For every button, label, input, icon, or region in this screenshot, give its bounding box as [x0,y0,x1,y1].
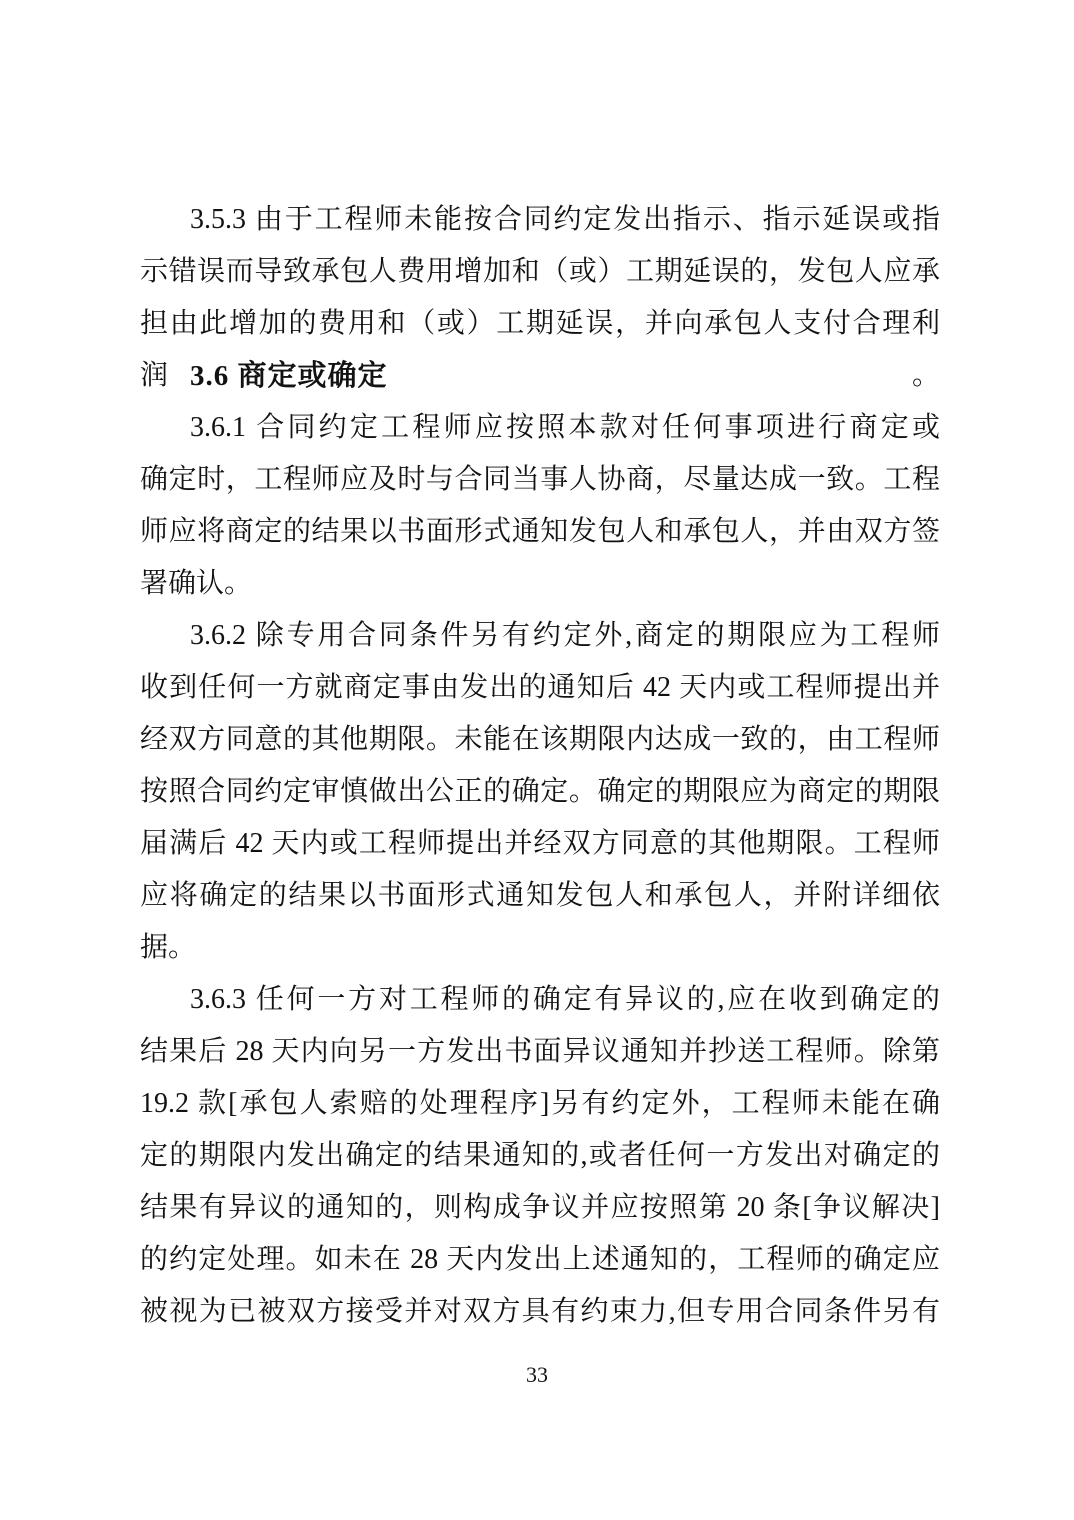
text-line: 定的期限内发出确定的结果通知的,或者任何一方发出对确定的 [140,1130,940,1182]
document-page: 3.5.3 由于工程师未能按合同约定发出指示、指示延误或指示错误而导致承包人费用… [0,0,1074,1520]
text-line: 收到任何一方就商定事由发出的通知后 42 天内或工程师提出并 [140,662,940,714]
section-clause-3-6-3: 3.6.3 任何一方对工程师的确定有异议的,应在收到确定的结果后 28 天内向另… [140,974,940,1338]
text-line: 3.6.2 除专用合同条件另有约定外,商定的期限应为工程师 [140,610,940,662]
text-line: 结果有异议的通知的，则构成争议并应按照第 20 条[争议解决] [140,1182,940,1234]
text-line: 的约定处理。如未在 28 天内发出上述通知的，工程师的确定应 [140,1234,940,1286]
page-number: 33 [0,1360,1074,1390]
section-clause-3-6-1: 3.6.1 合同约定工程师应按照本款对任何事项进行商定或确定时，工程师应及时与合… [140,402,940,610]
text-line: 据。 [140,922,940,974]
text-line: 示错误而导致承包人费用增加和（或）工期延误的，发包人应承 [140,246,940,298]
text-line: 确定时，工程师应及时与合同当事人协商，尽量达成一致。工程 [140,454,940,506]
text-line: 师应将商定的结果以书面形式通知发包人和承包人，并由双方签 [140,506,940,558]
text-line: 担由此增加的费用和（或）工期延误，并向承包人支付合理利润。 [140,298,940,350]
document-body: 3.5.3 由于工程师未能按合同约定发出指示、指示延误或指示错误而导致承包人费用… [140,194,940,1338]
text-line: 经双方同意的其他期限。未能在该期限内达成一致的，由工程师 [140,714,940,766]
text-line: 按照合同约定审慎做出公正的确定。确定的期限应为商定的期限 [140,766,940,818]
text-line: 署确认。 [140,558,940,610]
text-line: 3.6.3 任何一方对工程师的确定有异议的,应在收到确定的 [140,974,940,1026]
section-clause-3-6-2: 3.6.2 除专用合同条件另有约定外,商定的期限应为工程师收到任何一方就商定事由… [140,610,940,974]
text-line: 届满后 42 天内或工程师提出并经双方同意的其他期限。工程师 [140,818,940,870]
text-line: 3.5.3 由于工程师未能按合同约定发出指示、指示延误或指 [140,194,940,246]
section-clause-3-5-3: 3.5.3 由于工程师未能按合同约定发出指示、指示延误或指示错误而导致承包人费用… [140,194,940,350]
text-line: 19.2 款[承包人索赔的处理程序]另有约定外，工程师未能在确 [140,1078,940,1130]
text-line: 结果后 28 天内向另一方发出书面异议通知并抄送工程师。除第 [140,1026,940,1078]
text-line: 应将确定的结果以书面形式通知发包人和承包人，并附详细依 [140,870,940,922]
text-line: 3.6.1 合同约定工程师应按照本款对任何事项进行商定或 [140,402,940,454]
text-line: 被视为已被双方接受并对双方具有约束力,但专用合同条件另有 [140,1286,940,1338]
